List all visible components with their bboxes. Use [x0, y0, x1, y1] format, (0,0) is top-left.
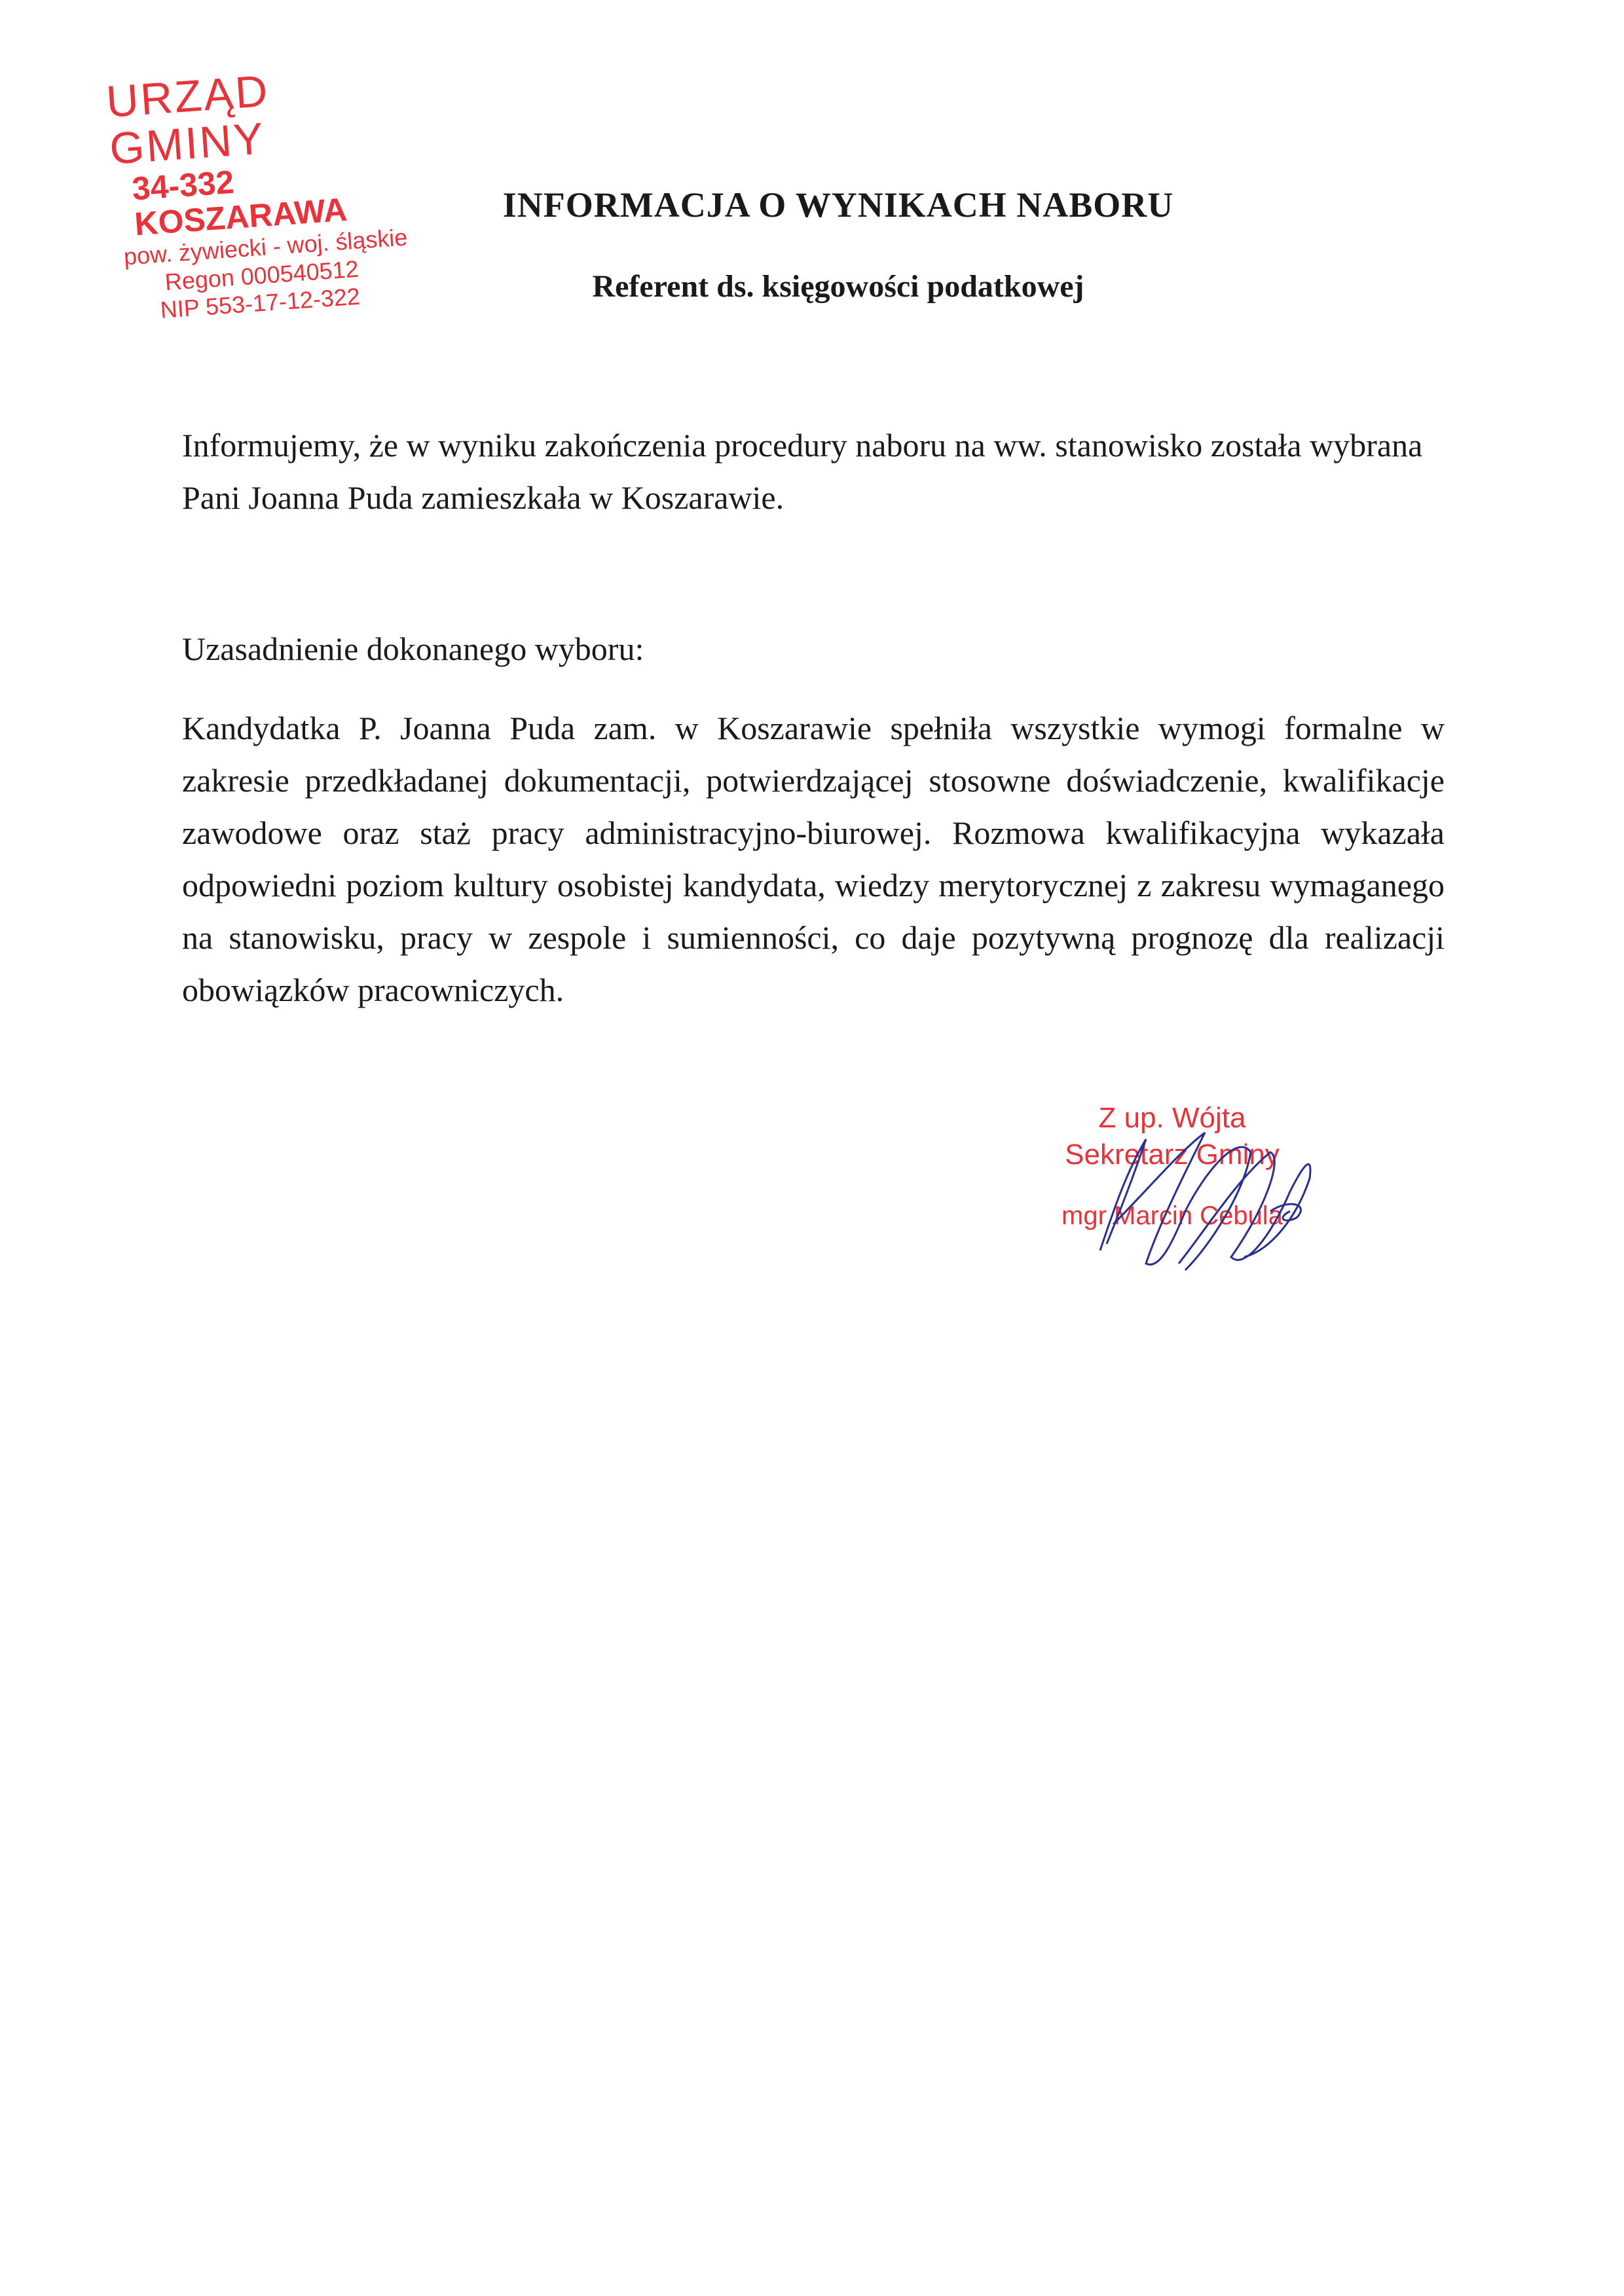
announcement-paragraph: Informujemy, że w wyniku zakończenia pro…: [182, 419, 1439, 524]
handwritten-signature-icon: [1087, 1113, 1323, 1283]
position-title: Referent ds. księgowości podatkowej: [0, 268, 1624, 304]
justification-paragraph: Kandydatka P. Joanna Puda zam. w Koszara…: [182, 702, 1445, 1016]
justification-label: Uzasadnienie dokonanego wyboru:: [182, 630, 644, 668]
document-title: INFORMACJA O WYNIKACH NABORU: [0, 185, 1624, 225]
